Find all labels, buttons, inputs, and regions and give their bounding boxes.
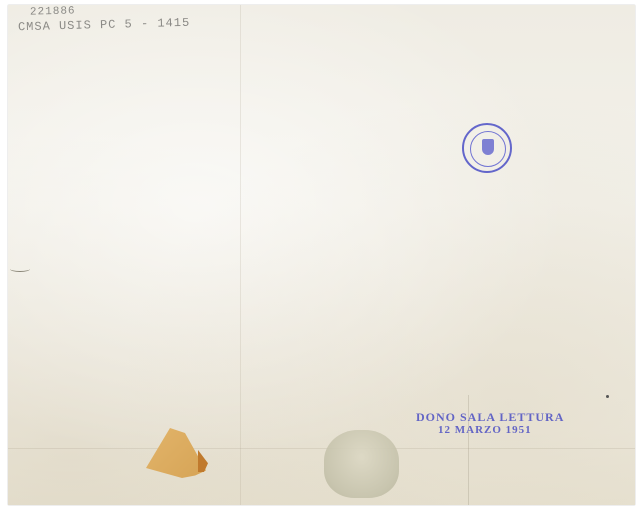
fold-line (8, 448, 635, 449)
stamp-date-line: 12 MARZO 1951 (438, 424, 532, 436)
photo-back-paper (8, 5, 635, 505)
circular-seal-stamp (462, 123, 512, 173)
paper-tear (10, 266, 30, 272)
adhesive-stain (324, 430, 399, 498)
fold-line (240, 5, 241, 505)
handwritten-number: 221886 (30, 5, 76, 18)
stamp-donation-line: DONO SALA LETTURA (416, 410, 564, 425)
shield-icon (482, 139, 494, 155)
ink-speck (606, 395, 609, 398)
